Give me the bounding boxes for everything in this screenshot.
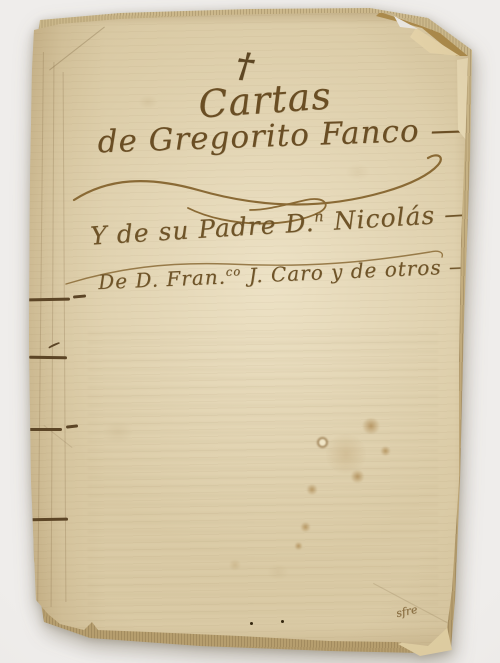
ink-stain xyxy=(380,446,391,456)
corner-crease xyxy=(49,27,105,71)
subtitle-line-1-text: Nicolás — xyxy=(324,198,471,236)
ink-stain xyxy=(361,418,381,434)
ink-speck xyxy=(281,620,284,623)
subtitle-line-2-text: De D. Fran. xyxy=(98,265,227,295)
binding-stitch xyxy=(29,356,67,359)
ink-speck xyxy=(250,622,253,625)
corner-inscription: sfre xyxy=(395,603,419,620)
title-flourish xyxy=(74,155,441,204)
superscript: co xyxy=(225,264,241,279)
spine-crease xyxy=(63,72,67,602)
spine-crease xyxy=(37,52,44,612)
foxing-stain xyxy=(228,560,242,570)
ink-stain xyxy=(306,484,318,495)
subtitle-line-1: Y de su Padre D.n Nicolás — xyxy=(89,198,470,250)
binding-stitch xyxy=(28,518,68,521)
subtitle-line-2-text: J. Caro y de otros — xyxy=(241,254,471,288)
ink-stain xyxy=(294,542,303,550)
binding-stitch xyxy=(48,342,60,349)
subtitle-line-1-text: Y de su Padre D. xyxy=(89,208,315,251)
title-line-2: de Gregorito Fanco — xyxy=(93,112,466,161)
photo-backdrop: † Cartas de Gregorito Fanco — Y de su Pa… xyxy=(0,0,500,663)
binding-stitch xyxy=(73,294,86,298)
manuscript-stack: † Cartas de Gregorito Fanco — Y de su Pa… xyxy=(0,0,500,663)
ink-stain xyxy=(350,470,365,483)
ink-stain xyxy=(300,522,311,532)
reverse-ink-showthrough xyxy=(88,332,438,622)
spine-crease xyxy=(51,62,55,607)
ring-stain xyxy=(316,436,329,449)
binding-stitch xyxy=(28,428,62,431)
subtitle-line-2: De D. Fran.co J. Caro y de otros — xyxy=(98,254,471,294)
binding-stitch xyxy=(66,424,78,428)
manuscript-cover-page: † Cartas de Gregorito Fanco — Y de su Pa… xyxy=(28,12,470,652)
foxing-stain xyxy=(324,434,368,474)
